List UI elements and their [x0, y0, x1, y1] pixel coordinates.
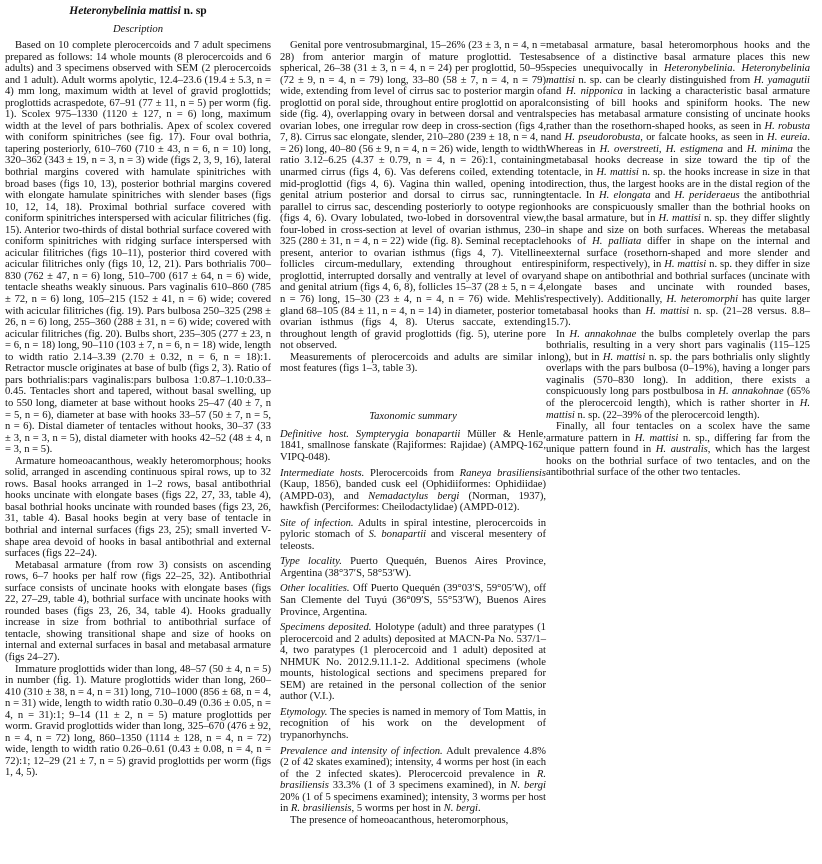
remarks-paragraph-comparison: metabasal armature, basal heteromorphous…: [546, 40, 810, 329]
field-text: Plerocercoids from: [364, 468, 459, 479]
species-name: H. mattisi: [645, 306, 689, 317]
other-localities-entry: Other localities. Off Puerto Quequén (39…: [280, 583, 546, 618]
species-name: H. perideraeus: [674, 190, 739, 201]
field-text: , 5 worms per host in: [352, 803, 444, 814]
remarks-paragraph-annakohnae: In H. annakohnae the bulbs completely ov…: [546, 329, 810, 421]
description-heading: Description: [5, 24, 271, 36]
species-name: H. mattisi: [635, 433, 679, 444]
field-label: Prevalence and intensity of infection.: [280, 746, 443, 757]
field-label: Etymology.: [280, 707, 327, 718]
species-name: H. mattisi: [659, 213, 701, 224]
species-name: H. heteromorphi: [666, 294, 738, 305]
specimens-deposited-entry: Specimens deposited. Holotype (adult) an…: [280, 622, 546, 703]
species-name: H. mattisi: [664, 259, 706, 270]
species-name: Raneya brasiliensis: [460, 468, 546, 479]
species-name: H. minima: [747, 144, 793, 155]
description-paragraph-measurements: Measurements of plerocercoids and adults…: [280, 352, 546, 375]
species-suffix: n. sp: [181, 5, 207, 17]
site-of-infection-entry: Site of infection. Adults in spiral inte…: [280, 518, 546, 553]
field-label: Other localities.: [280, 583, 350, 594]
species-name: Heteronybelinia mattisi: [69, 5, 181, 17]
species-name: H. annakohnae: [718, 386, 783, 397]
column-left: Heteronybelinia mattisi n. sp Descriptio…: [5, 0, 271, 779]
field-label: Site of infection.: [280, 518, 354, 529]
species-name: H. robusta: [764, 121, 810, 132]
species-name: H. nipponica: [566, 86, 623, 97]
species-name: H. yamagutii: [754, 75, 810, 86]
description-paragraph-armature: Armature homeoacanthous, weakly heteromo…: [5, 456, 271, 560]
etymology-entry: Etymology. The species is named in memor…: [280, 707, 546, 742]
remarks-paragraph-start: The presence of homeoacanthous, heteromo…: [280, 815, 546, 827]
species-name: N. bergi: [510, 780, 546, 791]
species-name: Nemadactylus bergi: [368, 491, 459, 502]
text: .: [733, 63, 742, 74]
field-label: Type locality.: [280, 556, 342, 567]
field-text: 33.3% (1 of 3 specimens examined), in: [329, 780, 511, 791]
field-label: Definitive host.: [280, 429, 349, 440]
taxonomic-summary-heading: Taxonomic summary: [280, 411, 546, 423]
definitive-host-entry: Definitive host. Sympterygia bonapartii …: [280, 429, 546, 464]
text: and: [723, 144, 747, 155]
text: n. sp. can be clearly distinguished from: [575, 75, 754, 86]
species-name: Sympterygia bonapartii: [356, 429, 461, 440]
text: and: [546, 86, 566, 97]
description-paragraph-scolex: Based on 10 complete plerocercoids and 7…: [5, 40, 271, 456]
text: and: [546, 132, 565, 143]
description-paragraph-proglottids: Immature proglottids wider than long, 48…: [5, 664, 271, 779]
species-name: H. australis: [656, 444, 708, 455]
field-text: .: [478, 803, 481, 814]
species-name: Heteronybelinia: [664, 63, 732, 74]
text: n. sp. (22–39% of the plerocercoid lengt…: [575, 410, 760, 421]
species-name: N. bergi: [444, 803, 478, 814]
species-name: H. overstreeti, H. estigmena: [600, 144, 724, 155]
field-label: Specimens deposited.: [280, 622, 371, 633]
description-paragraph-metabasal: Metabasal armature (from row 3) consists…: [5, 560, 271, 664]
text: In: [556, 329, 570, 340]
species-name: H. pseudorobusta: [565, 132, 641, 143]
species-name: H. mattisi: [603, 352, 646, 363]
field-label: Intermediate hosts.: [280, 468, 364, 479]
column-right: metabasal armature, basal heteromorphous…: [546, 40, 810, 479]
species-name: H. elongata: [599, 190, 651, 201]
species-name: S. bonapartii: [369, 529, 427, 540]
type-locality-entry: Type locality. Puerto Quequén, Buenos Ai…: [280, 556, 546, 579]
intermediate-hosts-entry: Intermediate hosts. Plerocercoids from R…: [280, 468, 546, 514]
species-title: Heteronybelinia mattisi n. sp: [5, 4, 271, 18]
species-name: R. brasiliensis: [291, 803, 352, 814]
description-paragraph-genitalia: Genital pore ventrosubmarginal, 15–26% (…: [280, 40, 546, 352]
remarks-paragraph-final: Finally, all four tentacles on a scolex …: [546, 421, 810, 479]
prevalence-entry: Prevalence and intensity of infection. A…: [280, 746, 546, 815]
column-middle: Genital pore ventrosubmarginal, 15–26% (…: [280, 40, 546, 826]
article-page: Heteronybelinia mattisi n. sp Descriptio…: [0, 0, 822, 864]
species-name: H. palliata: [592, 236, 641, 247]
species-name: H. mattisi: [596, 167, 638, 178]
text: and: [651, 190, 675, 201]
species-name: H. eureia: [767, 132, 807, 143]
field-text: Holotype (adult) and three paratypes (1 …: [280, 622, 546, 702]
text: , or falcate hooks, as seen in: [640, 132, 767, 143]
species-name: H. annakohnae: [570, 329, 637, 340]
